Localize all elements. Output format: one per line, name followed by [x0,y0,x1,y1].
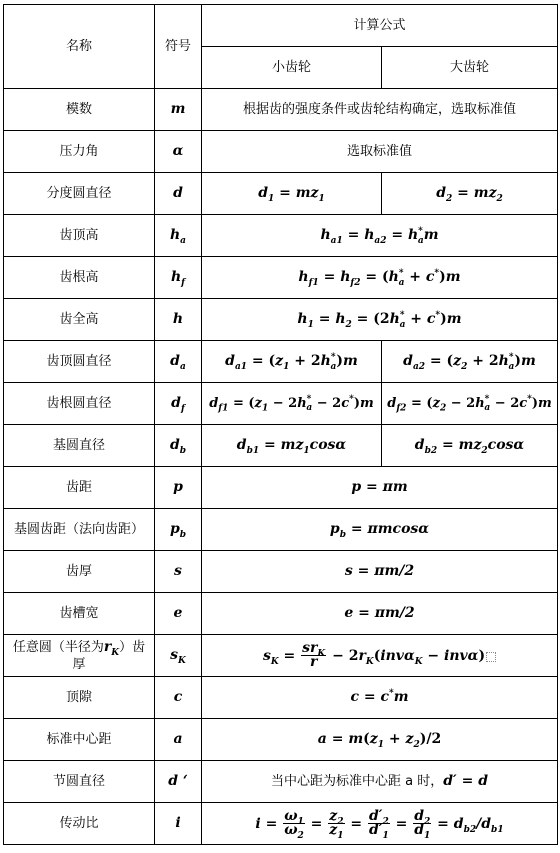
table-row: 顶隙 c c = c*m [4,677,558,719]
formula-math: c = c*m [350,689,408,705]
row-name: 传动比 [4,803,155,845]
row-name: 压力角 [4,131,155,173]
row-symbol-label: e [174,605,183,621]
row-name-label: 基圆齿距（法向齿距） [14,522,144,537]
row-name-label: 齿根高 [59,270,98,285]
row-formula-large: df2 = (z2 − 2h*a − 2c*)m [382,383,558,425]
row-symbol-label: pb [170,521,186,537]
header-symbol: 符号 [155,5,202,89]
row-symbol-label: s [174,563,182,579]
row-symbol-label: a [173,731,182,747]
row-name-label: 齿顶高 [59,228,98,243]
row-name: 基圆齿距（法向齿距） [4,509,155,551]
row-name-label: 齿厚 [66,564,92,579]
row-symbol: pb [155,509,202,551]
formula-math: da2 = (z2 + 2h*a)m [403,353,536,369]
row-formula: pb = πmcosα [202,509,558,551]
row-name-label: 任意圆（半径为rK）齿厚 [4,639,154,673]
row-name-label: 齿槽宽 [59,606,98,621]
header-symbol-label: 符号 [165,39,191,54]
row-name: 基圆直径 [4,425,155,467]
row-formula: 根据齿的强度条件或齿轮结构确定，选取标准值 [202,89,558,131]
row-formula-large: d2 = mz2 [382,173,558,215]
row-name-label: 分度圆直径 [46,186,111,201]
row-formula-text: 选取标准值 [347,144,412,159]
row-formula: h1 = h2 = (2h*a + c*)m [202,299,558,341]
placeholder-box-icon [486,652,496,662]
table-row: 模数 m 根据齿的强度条件或齿轮结构确定，选取标准值 [4,89,558,131]
row-name-label: 节圆直径 [53,774,105,789]
formula-math: db2 = mz2cosα [415,437,524,453]
row-name: 齿厚 [4,551,155,593]
row-symbol: p [155,467,202,509]
row-symbol-label: α [173,143,184,159]
row-name-label: 齿根圆直径 [46,396,111,411]
formula-math: d2 = mz2 [436,185,503,201]
row-symbol: df [155,383,202,425]
row-name: 齿顶圆直径 [4,341,155,383]
row-symbol: m [155,89,202,131]
name-prefix: 任意圆（半径为 [13,640,104,655]
row-symbol: i [155,803,202,845]
row-name-label: 模数 [66,102,92,117]
formula-math: db1 = mz1cosα [237,437,346,453]
row-symbol-label: db [170,437,186,453]
row-formula: 当中心距为标准中心距 a 时，d′ = d [202,761,558,803]
row-name-label: 齿距 [66,480,92,495]
formula-math: s = πm/2 [345,563,414,579]
row-symbol: sK [155,635,202,677]
table-row: 齿顶圆直径 da da1 = (z1 + 2h*a)m da2 = (z2 + … [4,341,558,383]
row-symbol-label: c [174,689,183,705]
formula-math: h1 = h2 = (2h*a + c*)m [297,311,461,327]
row-symbol: c [155,677,202,719]
row-formula-small: d1 = mz1 [202,173,382,215]
row-formula: sK = srKr − 2rK(invαK − invα) [202,635,558,677]
row-symbol: α [155,131,202,173]
row-symbol: d ‘ [155,761,202,803]
row-symbol-label: p [173,479,183,495]
row-formula-small: db1 = mz1cosα [202,425,382,467]
row-symbol-label: ha [170,227,186,243]
formula-math: d1 = mz1 [258,185,325,201]
name-var-sub: K [111,647,119,657]
table-row: 齿距 p p = πm [4,467,558,509]
row-name: 标准中心距 [4,719,155,761]
table-row: 节圆直径 d ‘ 当中心距为标准中心距 a 时，d′ = d [4,761,558,803]
table-row: 压力角 α 选取标准值 [4,131,558,173]
row-name: 齿根高 [4,257,155,299]
row-formula: ha1 = ha2 = h*am [202,215,558,257]
formula-text: 当中心距为标准中心距 a 时， [271,774,443,789]
row-symbol-label: da [170,353,186,369]
formula-math: da1 = (z1 + 2h*a)m [225,353,358,369]
row-name: 齿槽宽 [4,593,155,635]
table-row: 标准中心距 a a = m(z1 + z2)/2 [4,719,558,761]
header-formula-label: 计算公式 [354,18,406,33]
row-symbol: h [155,299,202,341]
table-row: 基圆齿距（法向齿距） pb pb = πmcosα [4,509,558,551]
row-symbol-label: d ‘ [168,773,188,789]
table-row: 传动比 i i = ω1ω2 = z2z1 = d′2d′1 = d2d1 = … [4,803,558,845]
row-name-label: 传动比 [59,816,98,831]
formula-math: d′ = d [443,773,488,789]
name-var: rK [104,639,119,655]
formula-math: ha1 = ha2 = h*am [320,227,438,243]
row-symbol: a [155,719,202,761]
row-symbol-label: sK [170,647,186,663]
gear-parameters-table: 名称 符号 计算公式 小齿轮 大齿轮 模数 m 根据齿的强度条件或齿轮结构确定，… [3,4,558,845]
row-name-label: 齿顶圆直径 [46,354,111,369]
table-row: 齿顶高 ha ha1 = ha2 = h*am [4,215,558,257]
formula-math: df2 = (z2 − 2h*a − 2c*)m [387,396,552,411]
row-formula: 选取标准值 [202,131,558,173]
formula-math: a = m(z1 + z2)/2 [318,731,441,747]
row-name: 分度圆直径 [4,173,155,215]
table-row: 齿根高 hf hf1 = hf2 = (h*a + c*)m [4,257,558,299]
table-row: 任意圆（半径为rK）齿厚 sK sK = srKr − 2rK(invαK − … [4,635,558,677]
table-row: 齿全高 h h1 = h2 = (2h*a + c*)m [4,299,558,341]
row-symbol-label: m [171,101,186,117]
row-name-label: 标准中心距 [46,732,111,747]
formula-math: e = πm/2 [344,605,414,621]
row-name: 节圆直径 [4,761,155,803]
table-row: 分度圆直径 d d1 = mz1 d2 = mz2 [4,173,558,215]
row-name: 模数 [4,89,155,131]
row-name: 顶隙 [4,677,155,719]
row-symbol: e [155,593,202,635]
row-symbol-label: h [173,311,183,327]
row-symbol: da [155,341,202,383]
row-formula-small: da1 = (z1 + 2h*a)m [202,341,382,383]
row-formula: c = c*m [202,677,558,719]
row-symbol-label: d [173,185,183,201]
header-large-gear-label: 大齿轮 [450,60,489,75]
row-symbol: d [155,173,202,215]
row-symbol-label: df [171,395,185,411]
formula-math: hf1 = hf2 = (h*a + c*)m [298,269,460,285]
header-large-gear: 大齿轮 [382,47,558,89]
row-name-label: 齿全高 [59,312,98,327]
row-name: 齿距 [4,467,155,509]
row-symbol-label: hf [171,269,185,285]
row-symbol: s [155,551,202,593]
row-symbol-label: i [175,815,180,831]
formula-math: i = ω1ω2 = z2z1 = d′2d′1 = d2d1 = db2/db… [255,816,503,832]
row-symbol: db [155,425,202,467]
header-name-label: 名称 [66,39,92,54]
header-row: 名称 符号 计算公式 [4,5,558,47]
row-formula-large: db2 = mz2cosα [382,425,558,467]
row-formula: hf1 = hf2 = (h*a + c*)m [202,257,558,299]
row-formula-small: df1 = (z1 − 2h*a − 2c*)m [202,383,382,425]
row-symbol: ha [155,215,202,257]
table-row: 基圆直径 db db1 = mz1cosα db2 = mz2cosα [4,425,558,467]
row-name: 齿根圆直径 [4,383,155,425]
header-small-gear: 小齿轮 [202,47,382,89]
row-formula: p = πm [202,467,558,509]
row-name-label: 压力角 [59,144,98,159]
row-formula-text: 根据齿的强度条件或齿轮结构确定，选取标准值 [243,102,516,117]
table-row: 齿根圆直径 df df1 = (z1 − 2h*a − 2c*)m df2 = … [4,383,558,425]
row-formula: a = m(z1 + z2)/2 [202,719,558,761]
formula-math: p = πm [351,479,407,495]
header-small-gear-label: 小齿轮 [272,60,311,75]
header-name: 名称 [4,5,155,89]
row-name-label: 基圆直径 [53,438,105,453]
row-formula-large: da2 = (z2 + 2h*a)m [382,341,558,383]
row-name: 齿顶高 [4,215,155,257]
row-name-label: 顶隙 [66,690,92,705]
row-formula: e = πm/2 [202,593,558,635]
table-row: 齿槽宽 e e = πm/2 [4,593,558,635]
row-formula: i = ω1ω2 = z2z1 = d′2d′1 = d2d1 = db2/db… [202,803,558,845]
header-formula: 计算公式 [202,5,558,47]
row-symbol: hf [155,257,202,299]
formula-math: pb = πmcosα [330,521,429,537]
row-formula: s = πm/2 [202,551,558,593]
table-row: 齿厚 s s = πm/2 [4,551,558,593]
formula-math: sK = srKr − 2rK(invαK − invα) [263,648,485,664]
row-name: 齿全高 [4,299,155,341]
formula-math: df1 = (z1 − 2h*a − 2c*)m [209,396,374,411]
row-name: 任意圆（半径为rK）齿厚 [4,635,155,677]
